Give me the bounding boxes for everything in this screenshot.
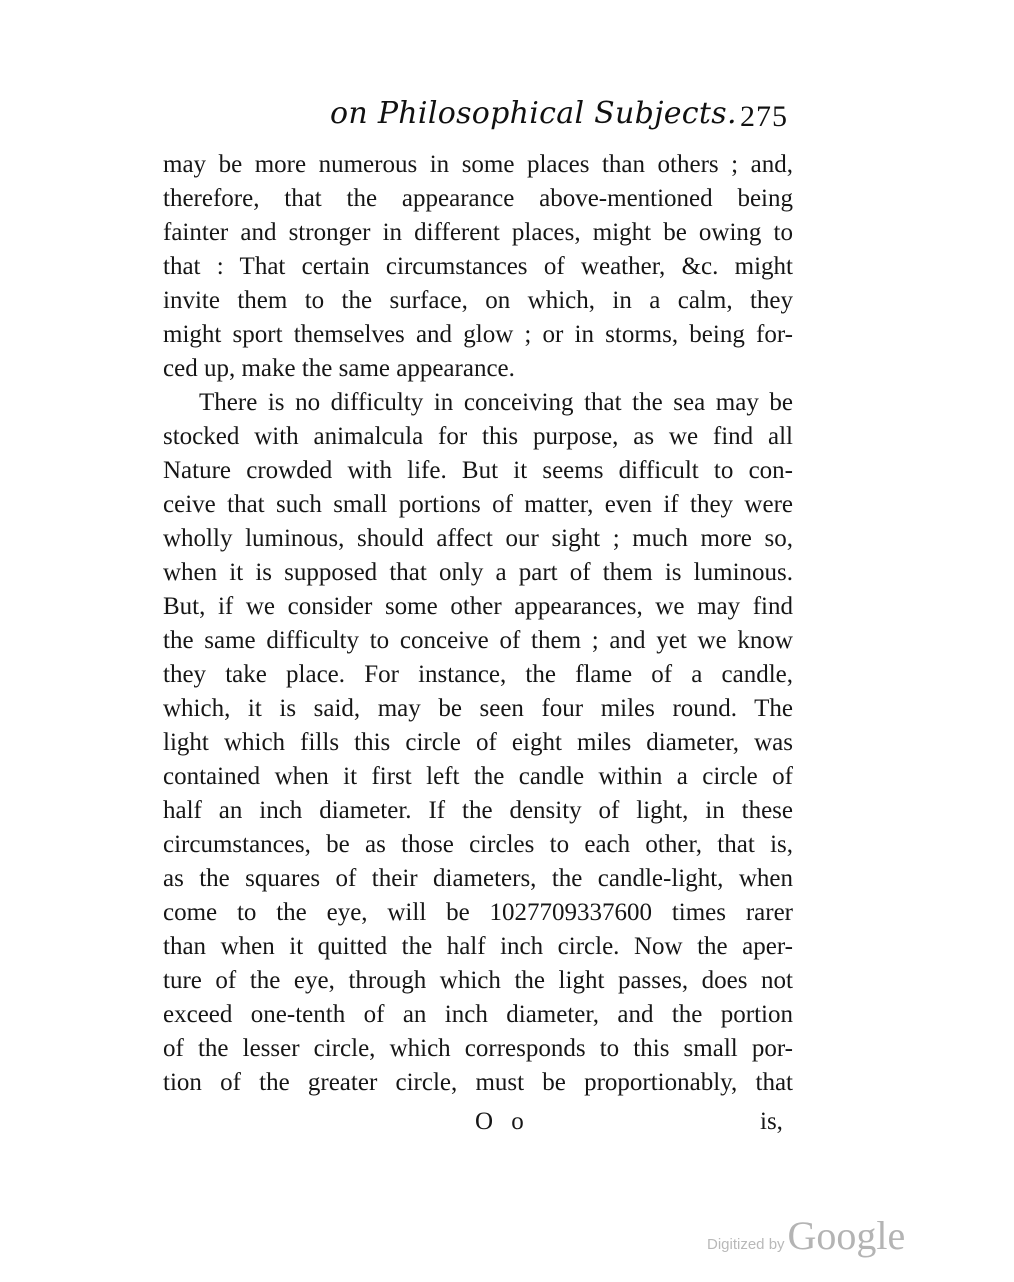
text-line: But, if we consider some other appearanc… (163, 590, 793, 624)
text-line: which, it is said, may be seen four mile… (163, 692, 793, 726)
text-line: the same difficulty to conceive of them … (163, 624, 793, 658)
text-line: may be more numerous in some places than… (163, 148, 793, 182)
text-line: that : That certain circumstances of wea… (163, 250, 793, 284)
google-logo: Google (788, 1213, 906, 1258)
text-line: circumstances, be as those circles to ea… (163, 828, 793, 862)
text-line: wholly luminous, should affect our sight… (163, 522, 793, 556)
text-line: stocked with animalcula for this purpose… (163, 420, 793, 454)
text-line: they take place. For instance, the flame… (163, 658, 793, 692)
text-line: as the squares of their diameters, the c… (163, 862, 793, 896)
text-line: tion of the greater circle, must be prop… (163, 1066, 793, 1100)
text-line: of the lesser circle, which corresponds … (163, 1032, 793, 1066)
text-line: come to the eye, will be 1027709337600 t… (163, 896, 793, 930)
paragraph-start-line: There is no difficulty in conceiving tha… (163, 386, 793, 420)
body-text: may be more numerous in some places than… (163, 148, 793, 1100)
catchword: is, (760, 1108, 783, 1136)
text-line: Nature crowded with life. But it seems d… (163, 454, 793, 488)
text-line: half an inch diameter. If the density of… (163, 794, 793, 828)
page-number: 275 (740, 100, 788, 134)
text-line: light which fills this circle of eight m… (163, 726, 793, 760)
text-line: ceive that such small portions of matter… (163, 488, 793, 522)
text-line: when it is supposed that only a part of … (163, 556, 793, 590)
text-line: ture of the eye, through which the light… (163, 964, 793, 998)
text-line: ced up, make the same appearance. (163, 352, 793, 386)
text-line: than when it quitted the half inch circl… (163, 930, 793, 964)
running-title: on Philosophical Subjects. (330, 96, 737, 131)
book-page: on Philosophical Subjects. 275 may be mo… (0, 0, 1014, 1282)
text-line: exceed one-tenth of an inch diameter, an… (163, 998, 793, 1032)
digitized-watermark: Digitized byGoogle (707, 1212, 905, 1259)
signature-mark: O o (475, 1108, 530, 1136)
catchline: O o is, (0, 1108, 1014, 1142)
watermark-prefix: Digitized by (707, 1236, 785, 1253)
text-line: contained when it first left the candle … (163, 760, 793, 794)
text-line: invite them to the surface, on which, in… (163, 284, 793, 318)
text-line: might sport themselves and glow ; or in … (163, 318, 793, 352)
text-line: therefore, that the appearance above-men… (163, 182, 793, 216)
text-line: fainter and stronger in different places… (163, 216, 793, 250)
